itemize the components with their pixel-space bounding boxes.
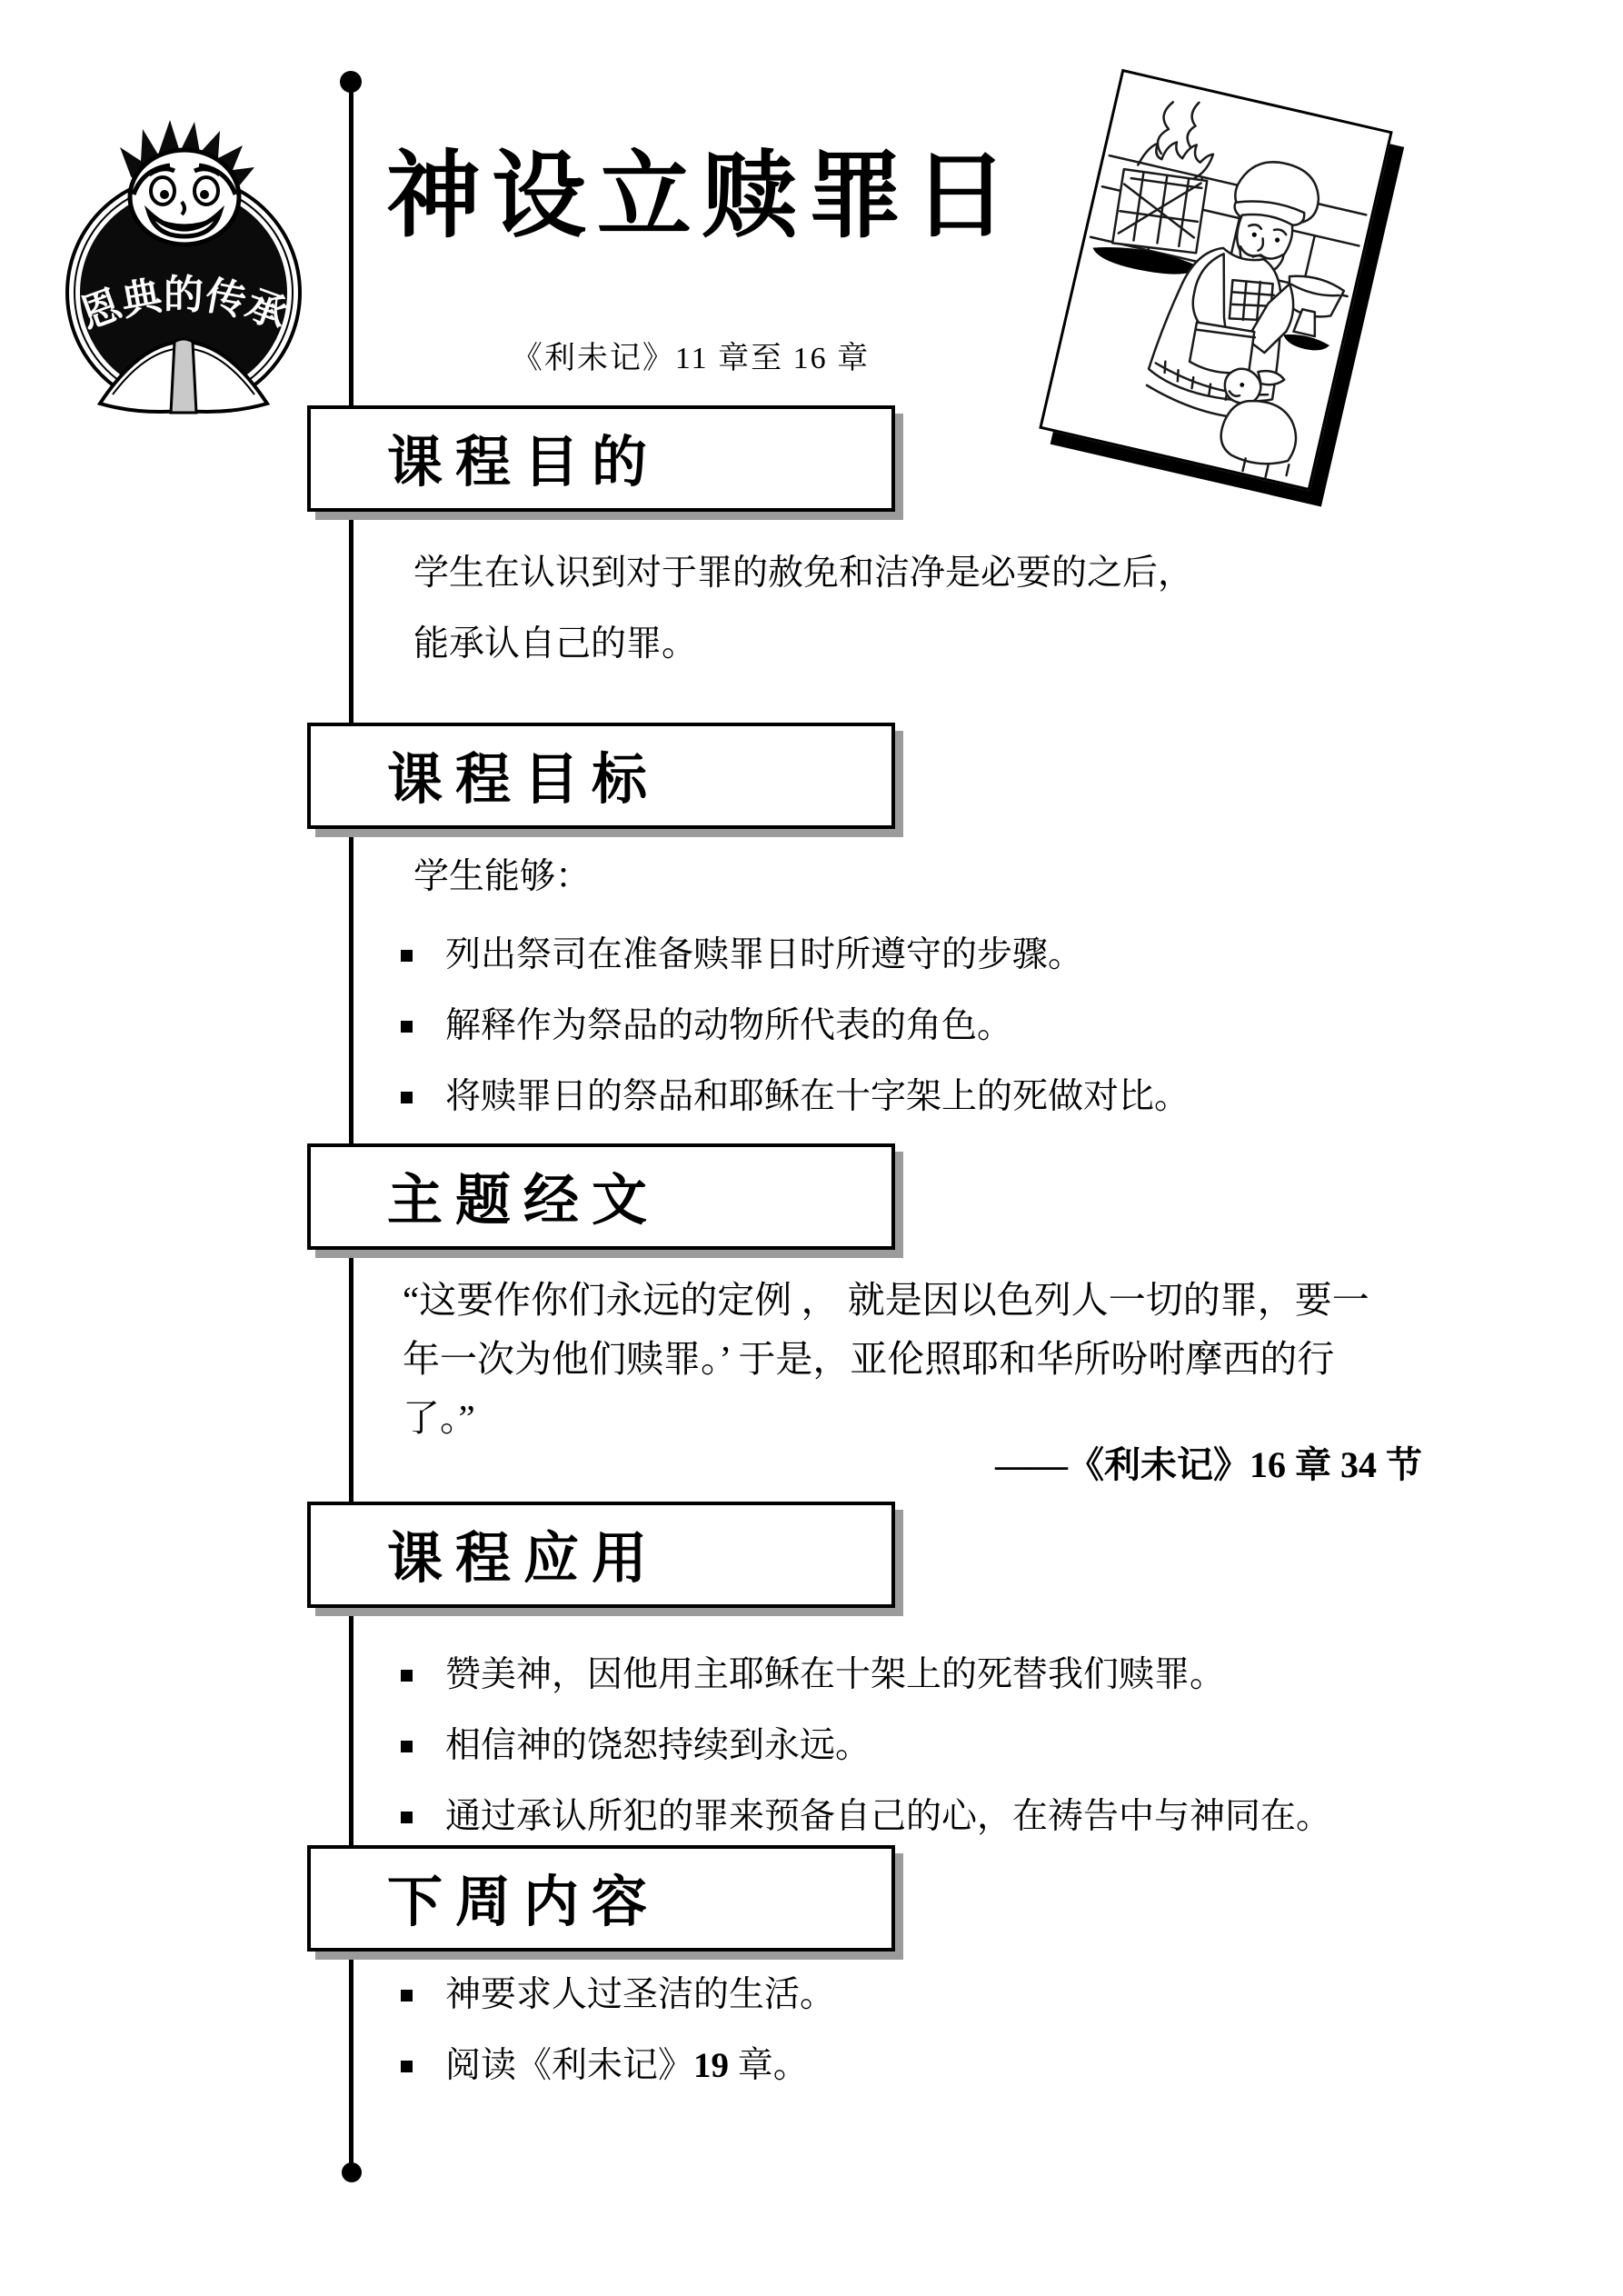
list-item-text: 列出祭司在准备赎罪日时所遵守的步骤。 [445,933,1083,977]
purpose-paragraph: 学生在认识到对于罪的赦免和洁净是必要的之后， 能承认自己的罪。 [413,538,1468,680]
list-item-text: 将赎罪日的祭品和耶稣在十字架上的死做对比。 [445,1074,1190,1119]
scripture-attribution: ——《利未记》16 章 34 节 [403,1436,1422,1488]
goals-list: 列出祭司在准备赎罪日时所遵守的步骤。 解释作为祭品的动物所代表的角色。 将赎罪日… [397,933,1469,1145]
logo-illustration-icon: 恩典的传承 [47,111,320,415]
section-heading-nextweek: 下周内容 [307,1845,895,1952]
nextweek-list: 神要求人过圣洁的生活。 阅读《利未记》19 章。 [397,1972,1397,2114]
page-subtitle: 《利未记》11 章至 16 章 [382,333,1000,377]
list-item: 解释作为祭品的动物所代表的角色。 [397,1003,1469,1048]
section-heading-goals: 课程目标 [307,723,895,829]
section-heading-text: 主题经文 [311,1147,891,1235]
list-item-text: 通过承认所犯的罪来预备自己的心，在祷告中与神同在。 [445,1794,1331,1839]
section-heading-text: 下周内容 [311,1849,891,1937]
bullet-square-icon [401,1990,413,2002]
section-heading-application: 课程应用 [307,1502,895,1608]
list-item: 列出祭司在准备赎罪日时所遵守的步骤。 [397,933,1469,977]
section-heading-text: 课程应用 [311,1505,891,1593]
bullet-square-icon [401,950,413,962]
section-heading-text: 课程目标 [311,726,891,814]
list-item: 神要求人过圣洁的生活。 [397,1972,1397,2017]
page-title: 神设立赎罪日 [386,145,1022,249]
timeline-dot-top [340,71,362,93]
section-heading-scripture: 主题经文 [307,1143,895,1250]
list-item-text: 相信神的饶恕持续到永远。 [445,1723,871,1768]
list-item: 相信神的饶恕持续到永远。 [397,1723,1542,1768]
goals-intro: 学生能够： [413,854,1231,900]
bullet-square-icon [401,2061,413,2072]
timeline-dot-bottom [342,2162,362,2182]
bullet-square-icon [401,1092,413,1103]
list-item: 阅读《利未记》19 章。 [397,2043,1397,2088]
priest-altar-lamb-icon [1042,72,1389,487]
list-item-text: 神要求人过圣洁的生活。 [445,1972,835,2017]
list-item-text: 赞美神，因他用主耶稣在十架上的死替我们赎罪。 [445,1652,1225,1697]
section-heading-purpose: 课程目的 [307,405,895,512]
list-item: 赞美神，因他用主耶稣在十架上的死替我们赎罪。 [397,1652,1542,1697]
bullet-square-icon [401,1670,413,1682]
priest-offering-illustration [1039,69,1392,491]
section-heading-text: 课程目的 [311,409,891,497]
bullet-square-icon [401,1741,413,1752]
list-item-text: 阅读《利未记》19 章。 [445,2043,809,2088]
grace-heritage-logo: 恩典的传承 [47,111,320,415]
bullet-square-icon [401,1812,413,1823]
reading-text: 阅读《利未记》 [445,2046,693,2085]
reading-chapter-number: 19 [693,2046,729,2085]
list-item: 通过承认所犯的罪来预备自己的心，在祷告中与神同在。 [397,1794,1542,1839]
scripture-quote: “这要作你们永远的定例 ， 就是因以色列人一切的罪，要一 年一次为他们赎罪。’ … [403,1271,1448,1448]
bullet-square-icon [401,1021,413,1033]
application-list: 赞美神，因他用主耶稣在十架上的死替我们赎罪。 相信神的饶恕持续到永远。 通过承认… [397,1652,1542,1865]
list-item: 将赎罪日的祭品和耶稣在十字架上的死做对比。 [397,1074,1469,1119]
list-item-text: 解释作为祭品的动物所代表的角色。 [445,1003,1012,1048]
reading-text-suffix: 章。 [729,2046,809,2085]
lesson-sheet-page: 恩典的传承 神设立赎罪日 《利未记》11 章至 16 章 [0,0,1623,2296]
